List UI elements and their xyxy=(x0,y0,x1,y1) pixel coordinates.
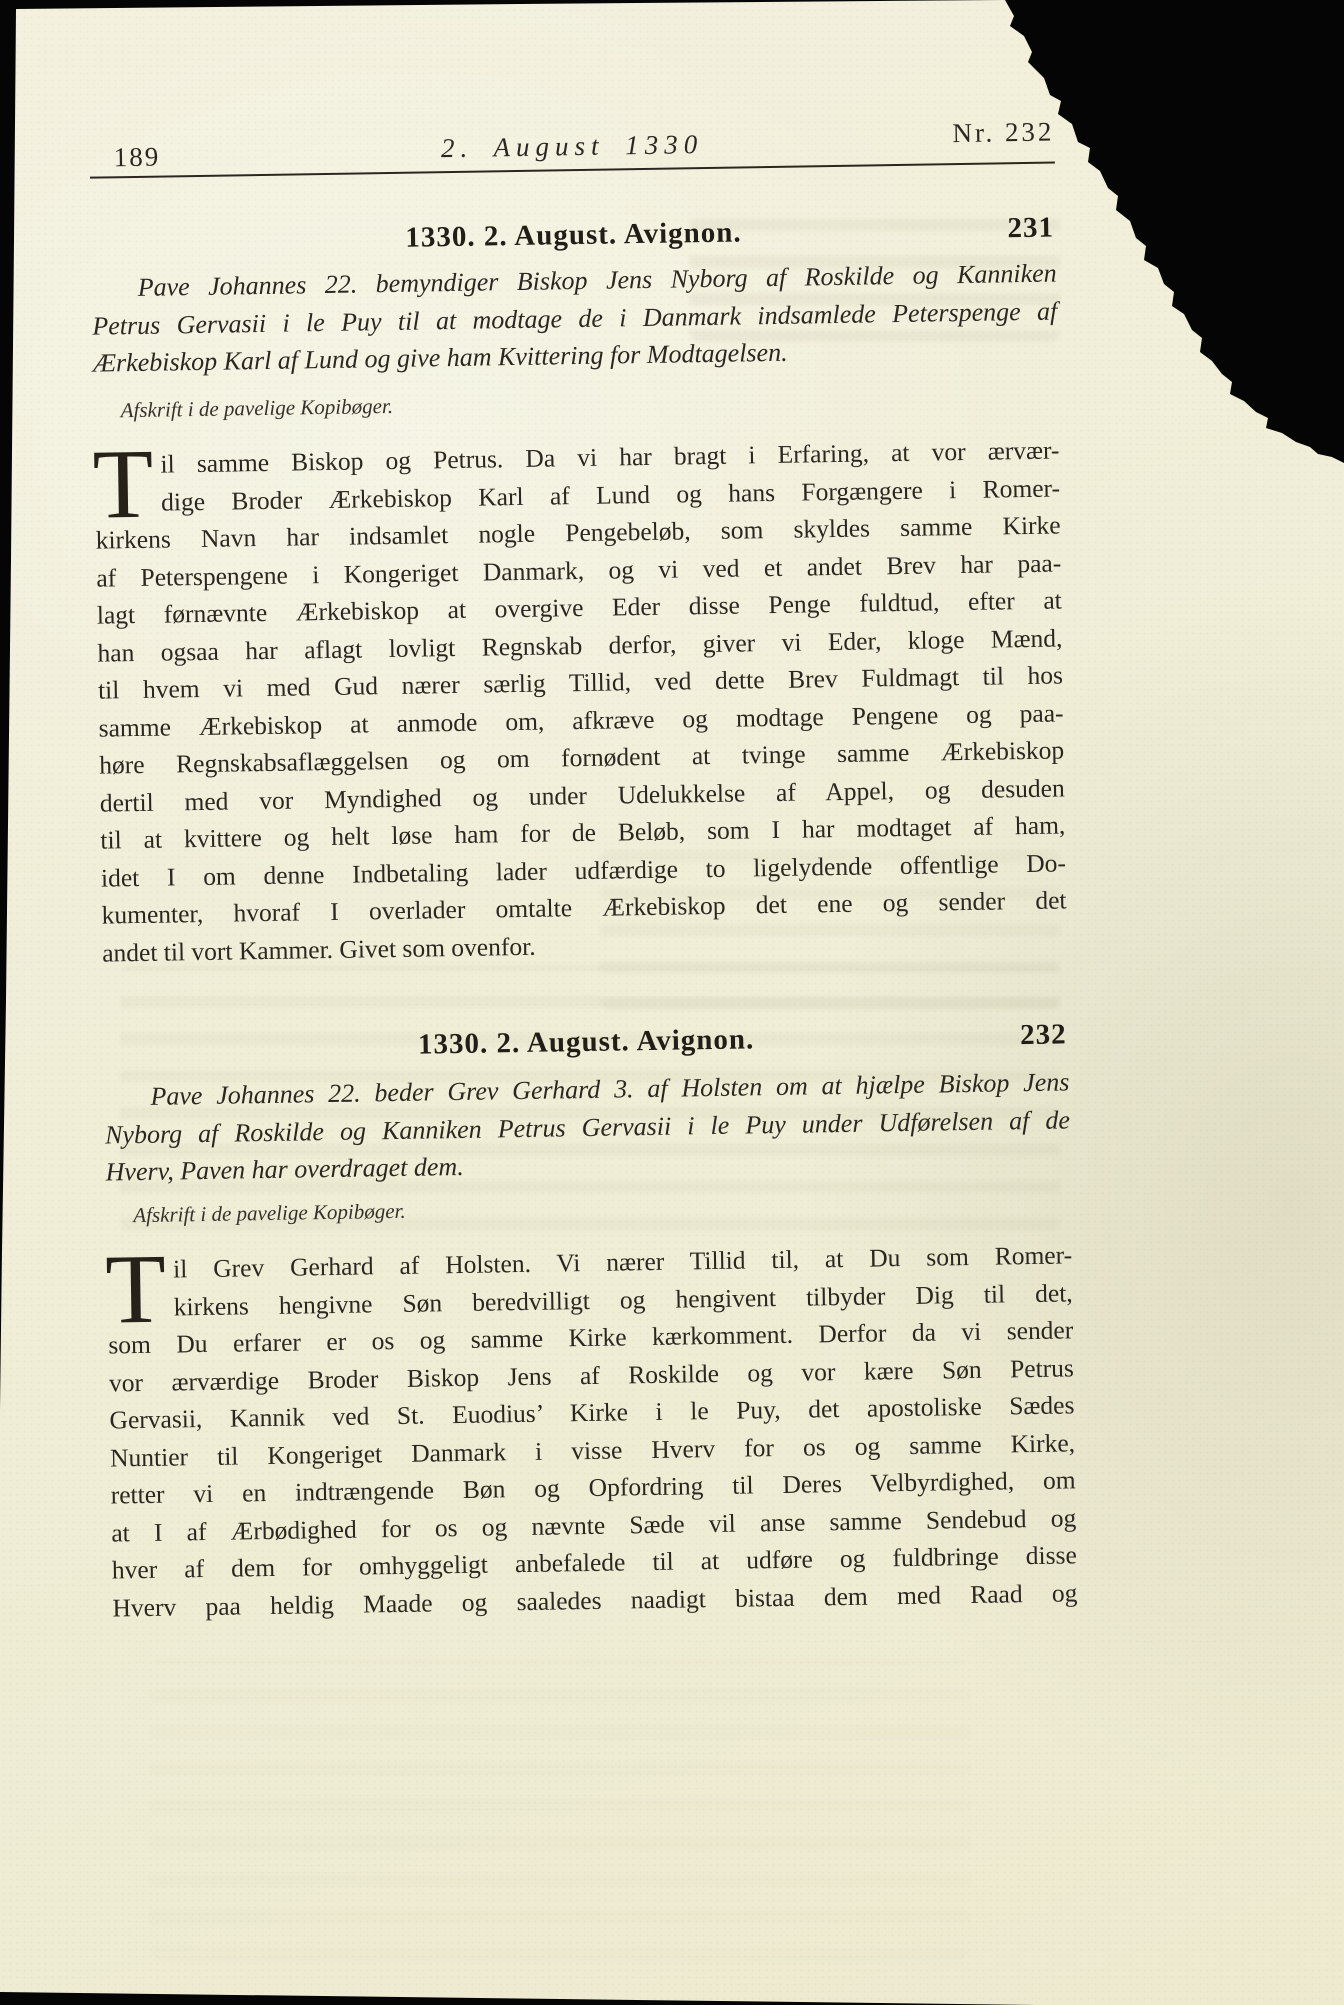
entry-231-number: 231 xyxy=(1007,212,1054,246)
entry-232-source-note: Afskrift i de pavelige Kopibøger. xyxy=(133,1199,406,1228)
entry-232-number: 232 xyxy=(1020,1018,1067,1052)
entry-232-heading: 1330. 2. August. Avignon. 232 xyxy=(103,1018,1068,1066)
entry-231-heading: 1330. 2. August. Avignon. 231 xyxy=(91,212,1056,260)
running-title: 2. August 1330 xyxy=(89,124,1054,170)
entry-232-body: T il Grev Gerhard af Holsten. Vi nærer T… xyxy=(107,1236,1078,1626)
entry-231-summary: Pave Johannes 22. bemyndiger Biskop Jens… xyxy=(91,255,1058,383)
document-number-running: Nr. 232 xyxy=(952,117,1054,150)
drop-cap: T xyxy=(105,1252,167,1329)
entry-231-body: T il samme Biskop og Petrus. Da vi har b… xyxy=(94,431,1067,971)
page-content: 189 2. August 1330 Nr. 232 1330. 2. Augu… xyxy=(87,0,1083,2005)
drop-cap: T xyxy=(92,447,154,524)
entry-231-source-note: Afskrift i de pavelige Kopibøger. xyxy=(120,394,393,423)
photographed-book-page: 189 2. August 1330 Nr. 232 1330. 2. Augu… xyxy=(0,0,1344,2005)
page-number: 189 xyxy=(113,142,160,174)
entry-232-summary: Pave Johannes 22. beder Grev Gerhard 3. … xyxy=(104,1063,1071,1191)
entry-232-dateline: 1330. 2. August. Avignon. xyxy=(418,1023,755,1060)
entry-231-dateline: 1330. 2. August. Avignon. xyxy=(405,216,742,253)
page-paper: 189 2. August 1330 Nr. 232 1330. 2. Augu… xyxy=(0,0,1344,2005)
